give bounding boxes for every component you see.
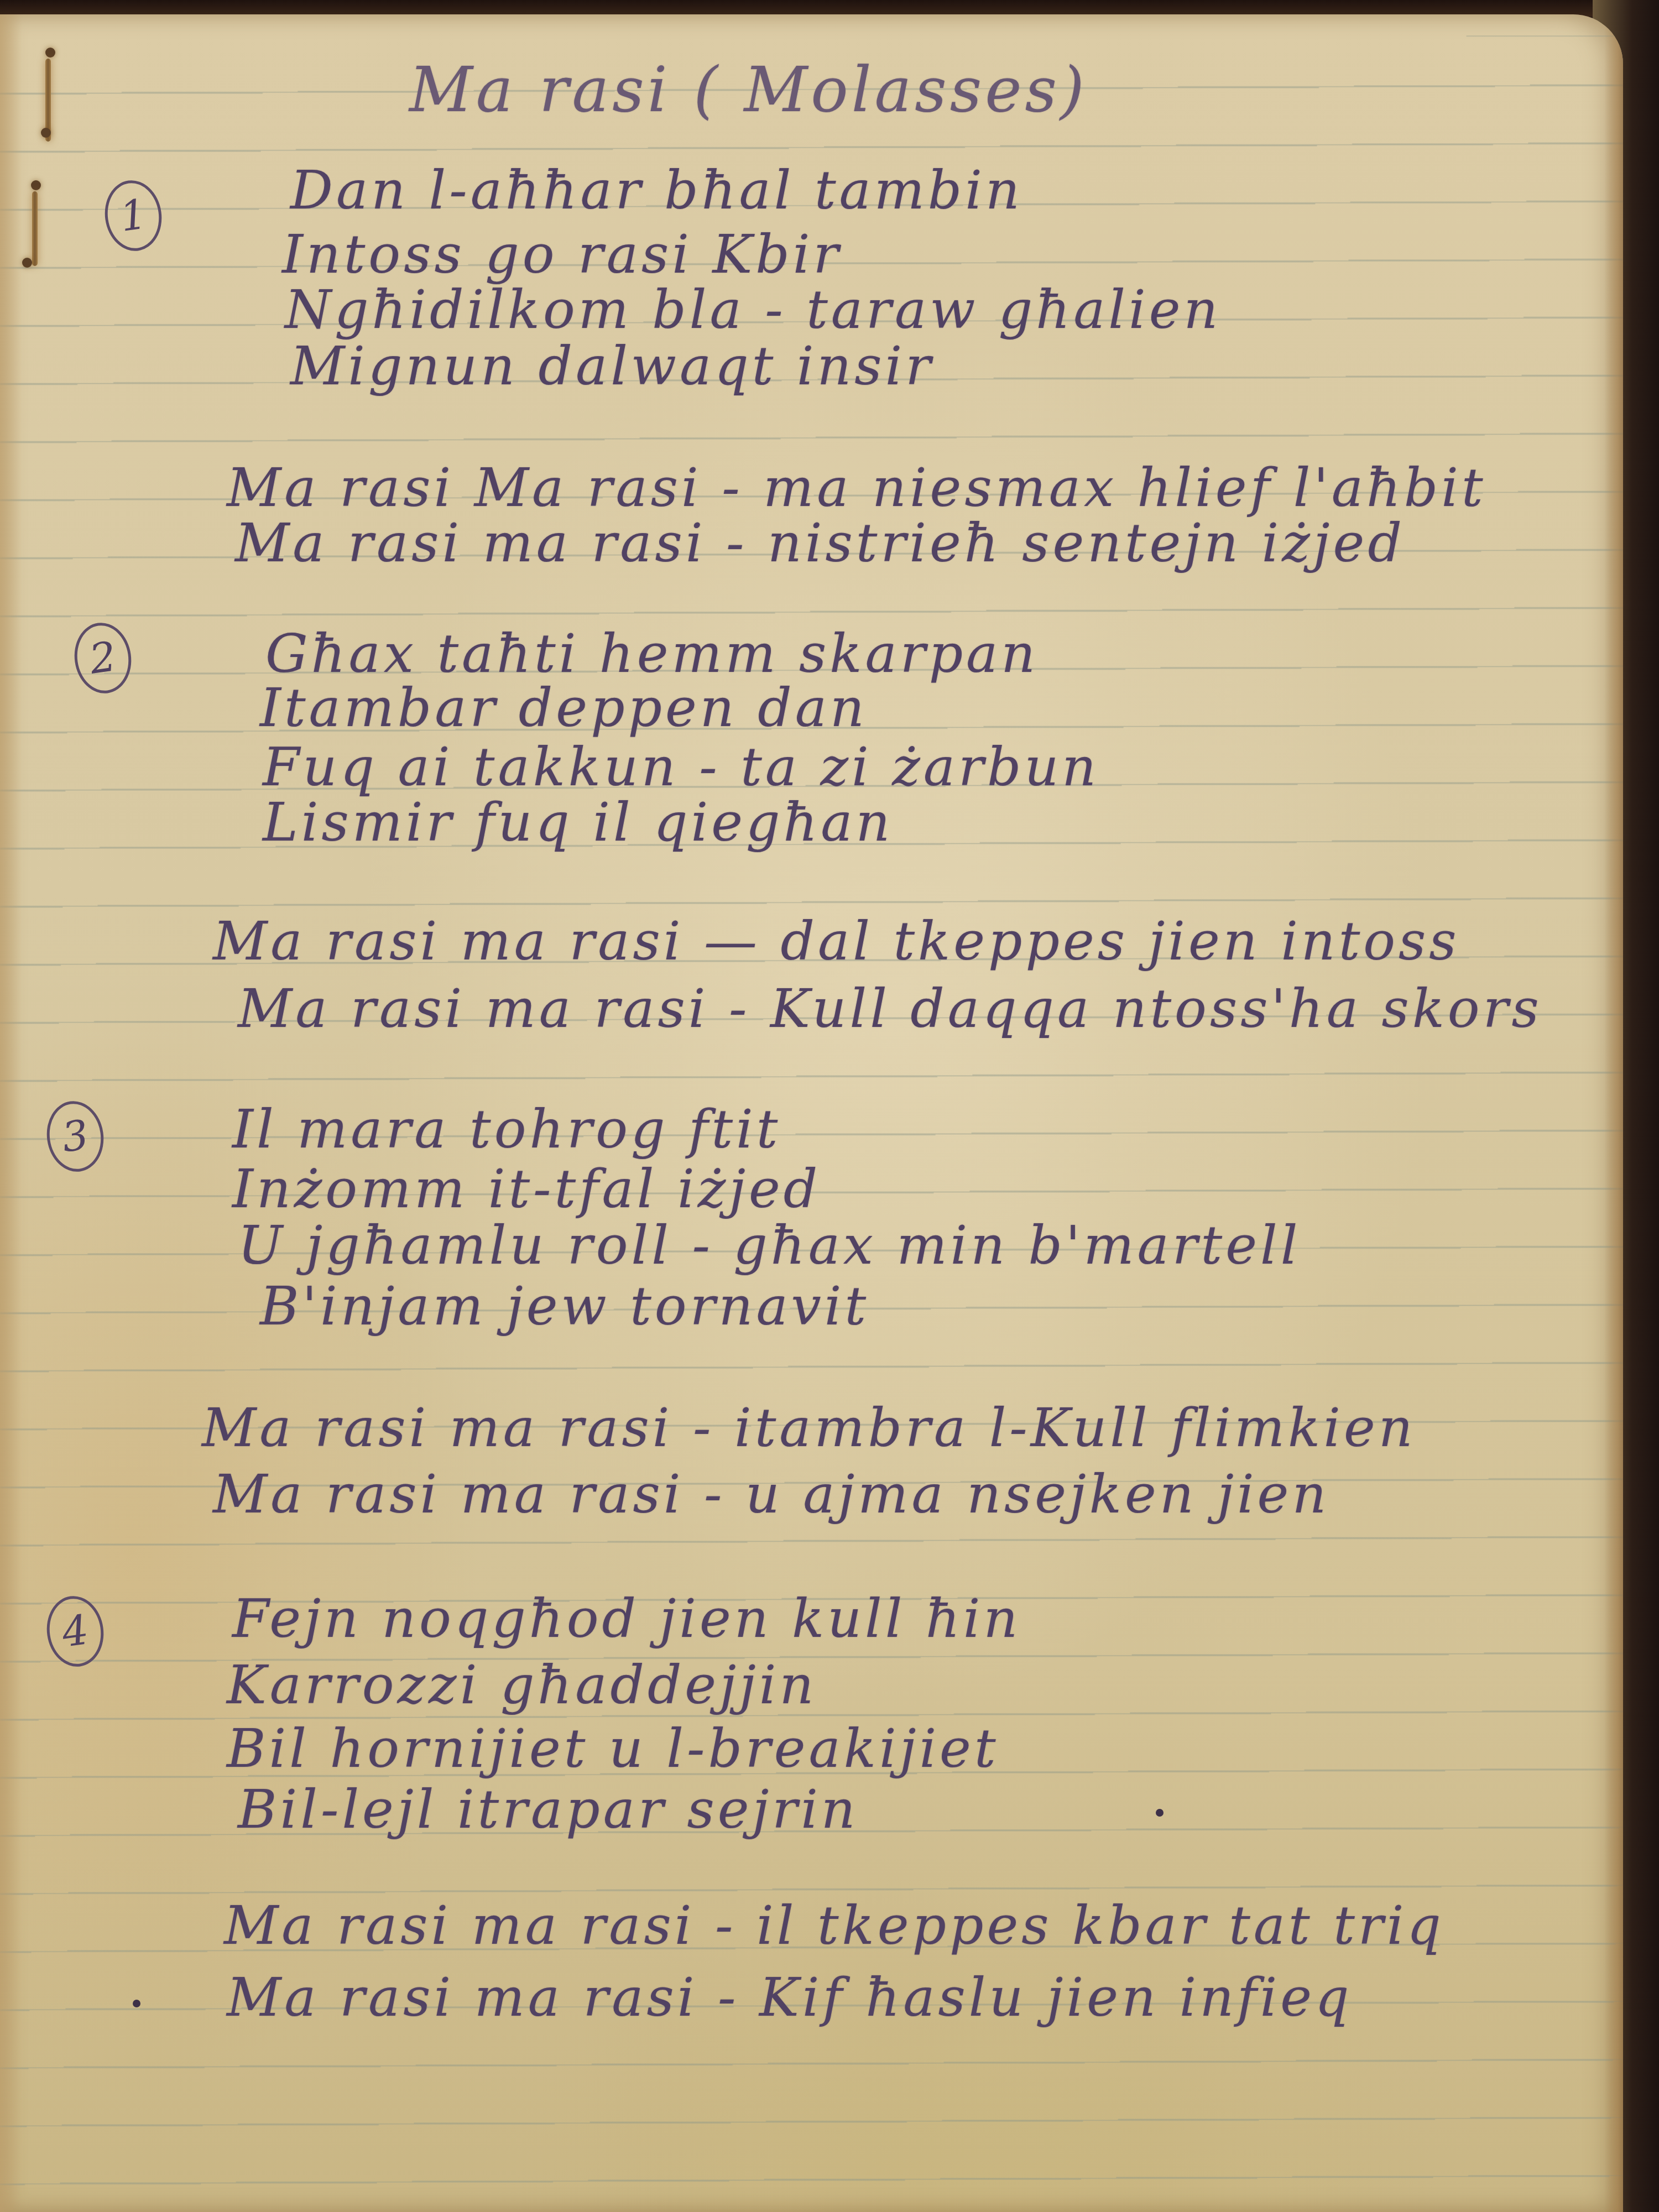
chorus-line: Ma rasi ma rasi - Kull daqqa ntoss'ha sk… xyxy=(238,978,1542,1040)
ink-dot xyxy=(1156,1809,1164,1817)
verse-number: 1 xyxy=(117,190,150,241)
binding-stitch-hole xyxy=(45,48,55,58)
binding-stitch-hole xyxy=(41,128,51,138)
verse-line: Fejn noqgħod jien kull ħin xyxy=(232,1588,1021,1650)
verse-line: Bil-lejl itrapar sejrin xyxy=(238,1778,859,1840)
binding-stitch-hole xyxy=(31,180,41,190)
verse-line: U jgħamlu roll - għax min b'martell xyxy=(238,1214,1301,1276)
verse-number: 3 xyxy=(59,1111,92,1162)
notebook-page: Ma rasi ( Molasses) 1 Dan l-aħħar bħal t… xyxy=(0,14,1623,2212)
verse-number: 2 xyxy=(87,633,119,684)
chorus-line: Ma rasi ma rasi - u ajma nsejken jien xyxy=(213,1463,1329,1525)
binding-stitch-icon xyxy=(32,191,38,266)
verse-line: Dan l-aħħar bħal tambin xyxy=(290,159,1023,221)
binding-stitch-hole xyxy=(22,258,32,268)
verse-line: Mignun dalwaqt insir xyxy=(290,335,934,397)
verse-line: Ngħidilkom bla - taraw għalien xyxy=(285,279,1221,341)
verse-line: Lismir fuq il qiegħan xyxy=(263,791,893,853)
verse-line: Itambar deppen dan xyxy=(260,677,868,739)
verse-number: 4 xyxy=(59,1606,92,1657)
verse-line: Il mara tohrog ftit xyxy=(232,1098,781,1160)
chorus-line: Ma rasi ma rasi - Kif ħaslu jien infieq xyxy=(227,1966,1353,2028)
verse-line: B'injam jew tornavit xyxy=(260,1275,869,1337)
verse-line: Għax taħti hemm skarpan xyxy=(265,623,1039,685)
chorus-line: Ma rasi ma rasi — dal tkeppes jien intos… xyxy=(213,910,1460,972)
verse-line: Bil hornijiet u l-breakijiet xyxy=(227,1718,999,1780)
chorus-line: Ma rasi ma rasi - nistrieħ sentejn iżjed xyxy=(235,512,1405,574)
chorus-line: Ma rasi ma rasi - il tkeppes kbar tat tr… xyxy=(224,1895,1444,1957)
verse-line: Fuq ai takkun - ta zi żarbun xyxy=(263,736,1099,798)
verse-line: Karrozzi għaddejjin xyxy=(227,1654,817,1716)
ink-dot xyxy=(133,2000,140,2007)
verse-line: Inżomm it-tfal iżjed xyxy=(232,1158,821,1220)
chorus-line: Ma rasi ma rasi - itambra l-Kull flimkie… xyxy=(202,1397,1416,1459)
page-title: Ma rasi ( Molasses) xyxy=(409,54,1088,126)
binding-gutter xyxy=(0,14,22,2212)
page-edge xyxy=(1604,14,1623,2212)
chorus-line: Ma rasi Ma rasi - ma niesmax hlief l'aħb… xyxy=(227,457,1486,519)
verse-line: Intoss go rasi Kbir xyxy=(282,223,842,285)
